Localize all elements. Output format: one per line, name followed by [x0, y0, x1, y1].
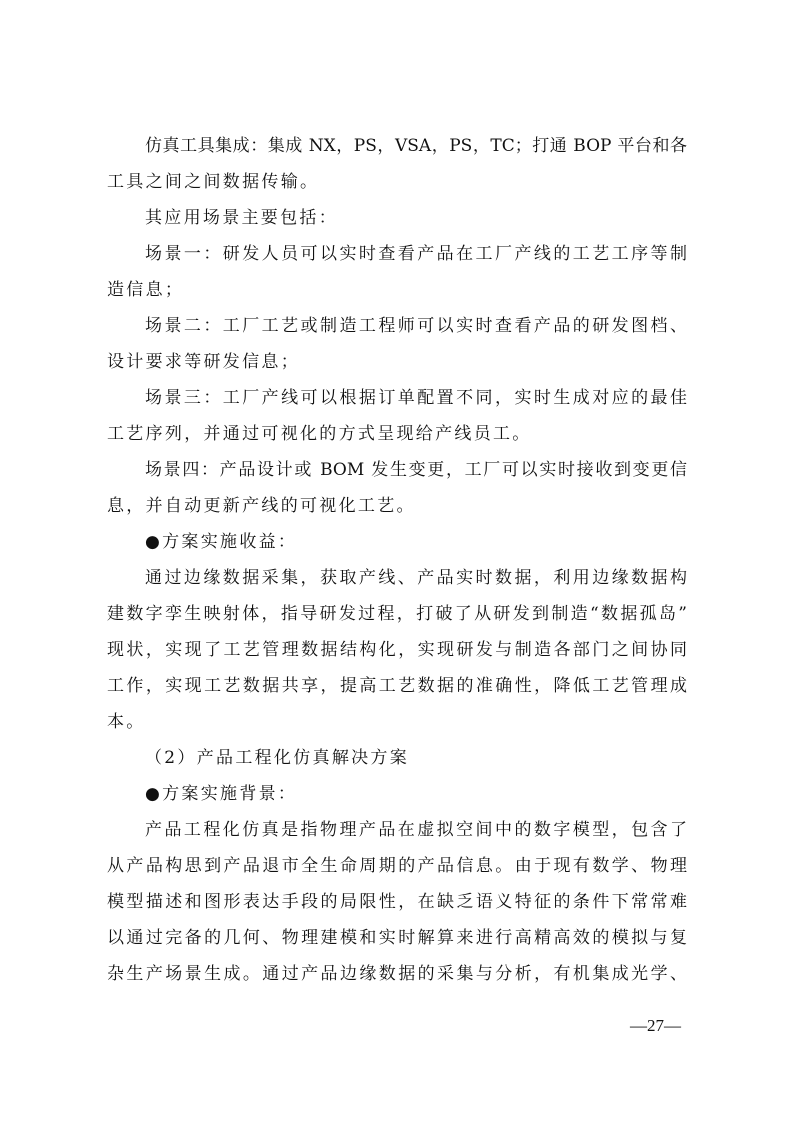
- paragraph-line: 场景二：工厂工艺或制造工程师可以实时查看产品的研发图档、: [107, 312, 687, 348]
- paragraph-line: 杂生产场景生成。通过产品边缘数据的采集与分析，有机集成光学、: [107, 960, 687, 996]
- paragraph-line: 工艺序列，并通过可视化的方式呈现给产线员工。: [107, 420, 687, 456]
- paragraph-line: 设计要求等研发信息；: [107, 348, 687, 384]
- paragraph-line: 从产品构思到产品退市全生命周期的产品信息。由于现有数学、物理: [107, 852, 687, 888]
- paragraph-line: 模型描述和图形表达手段的局限性，在缺乏语义特征的条件下常常难: [107, 888, 687, 924]
- paragraph-line: 场景一：研发人员可以实时查看产品在工厂产线的工艺工序等制: [107, 240, 687, 276]
- paragraph-line: 工具之间之间数据传输。: [107, 168, 687, 204]
- paragraph-line: 场景三：工厂产线可以根据订单配置不同，实时生成对应的最佳: [107, 384, 687, 420]
- paragraph-line: 本。: [107, 708, 687, 744]
- page-number: —27—: [630, 1016, 681, 1036]
- bullet-heading: ●方案实施收益：: [107, 528, 687, 564]
- bullet-heading: ●方案实施背景：: [107, 780, 687, 816]
- paragraph-line: 产品工程化仿真是指物理产品在虚拟空间中的数字模型，包含了: [107, 816, 687, 852]
- paragraph-line: 工作，实现工艺数据共享，提高工艺数据的准确性，降低工艺管理成: [107, 672, 687, 708]
- paragraph-line: 仿真工具集成：集成 NX，PS，VSA，PS，TC；打通 BOP 平台和各: [107, 132, 687, 168]
- paragraph-line: 其应用场景主要包括：: [107, 204, 687, 240]
- paragraph-line: 场景四：产品设计或 BOM 发生变更，工厂可以实时接收到变更信: [107, 456, 687, 492]
- section-heading: （2）产品工程化仿真解决方案: [107, 744, 687, 780]
- paragraph-line: 造信息；: [107, 276, 687, 312]
- paragraph-line: 息，并自动更新产线的可视化工艺。: [107, 492, 687, 528]
- paragraph-line: 以通过完备的几何、物理建模和实时解算来进行高精高效的模拟与复: [107, 924, 687, 960]
- document-body: 仿真工具集成：集成 NX，PS，VSA，PS，TC；打通 BOP 平台和各 工具…: [107, 132, 687, 996]
- paragraph-line: 现状，实现了工艺管理数据结构化，实现研发与制造各部门之间协同: [107, 636, 687, 672]
- paragraph-line: 建数字孪生映射体，指导研发过程，打破了从研发到制造“数据孤岛”: [107, 600, 687, 636]
- paragraph-line: 通过边缘数据采集，获取产线、产品实时数据，利用边缘数据构: [107, 564, 687, 600]
